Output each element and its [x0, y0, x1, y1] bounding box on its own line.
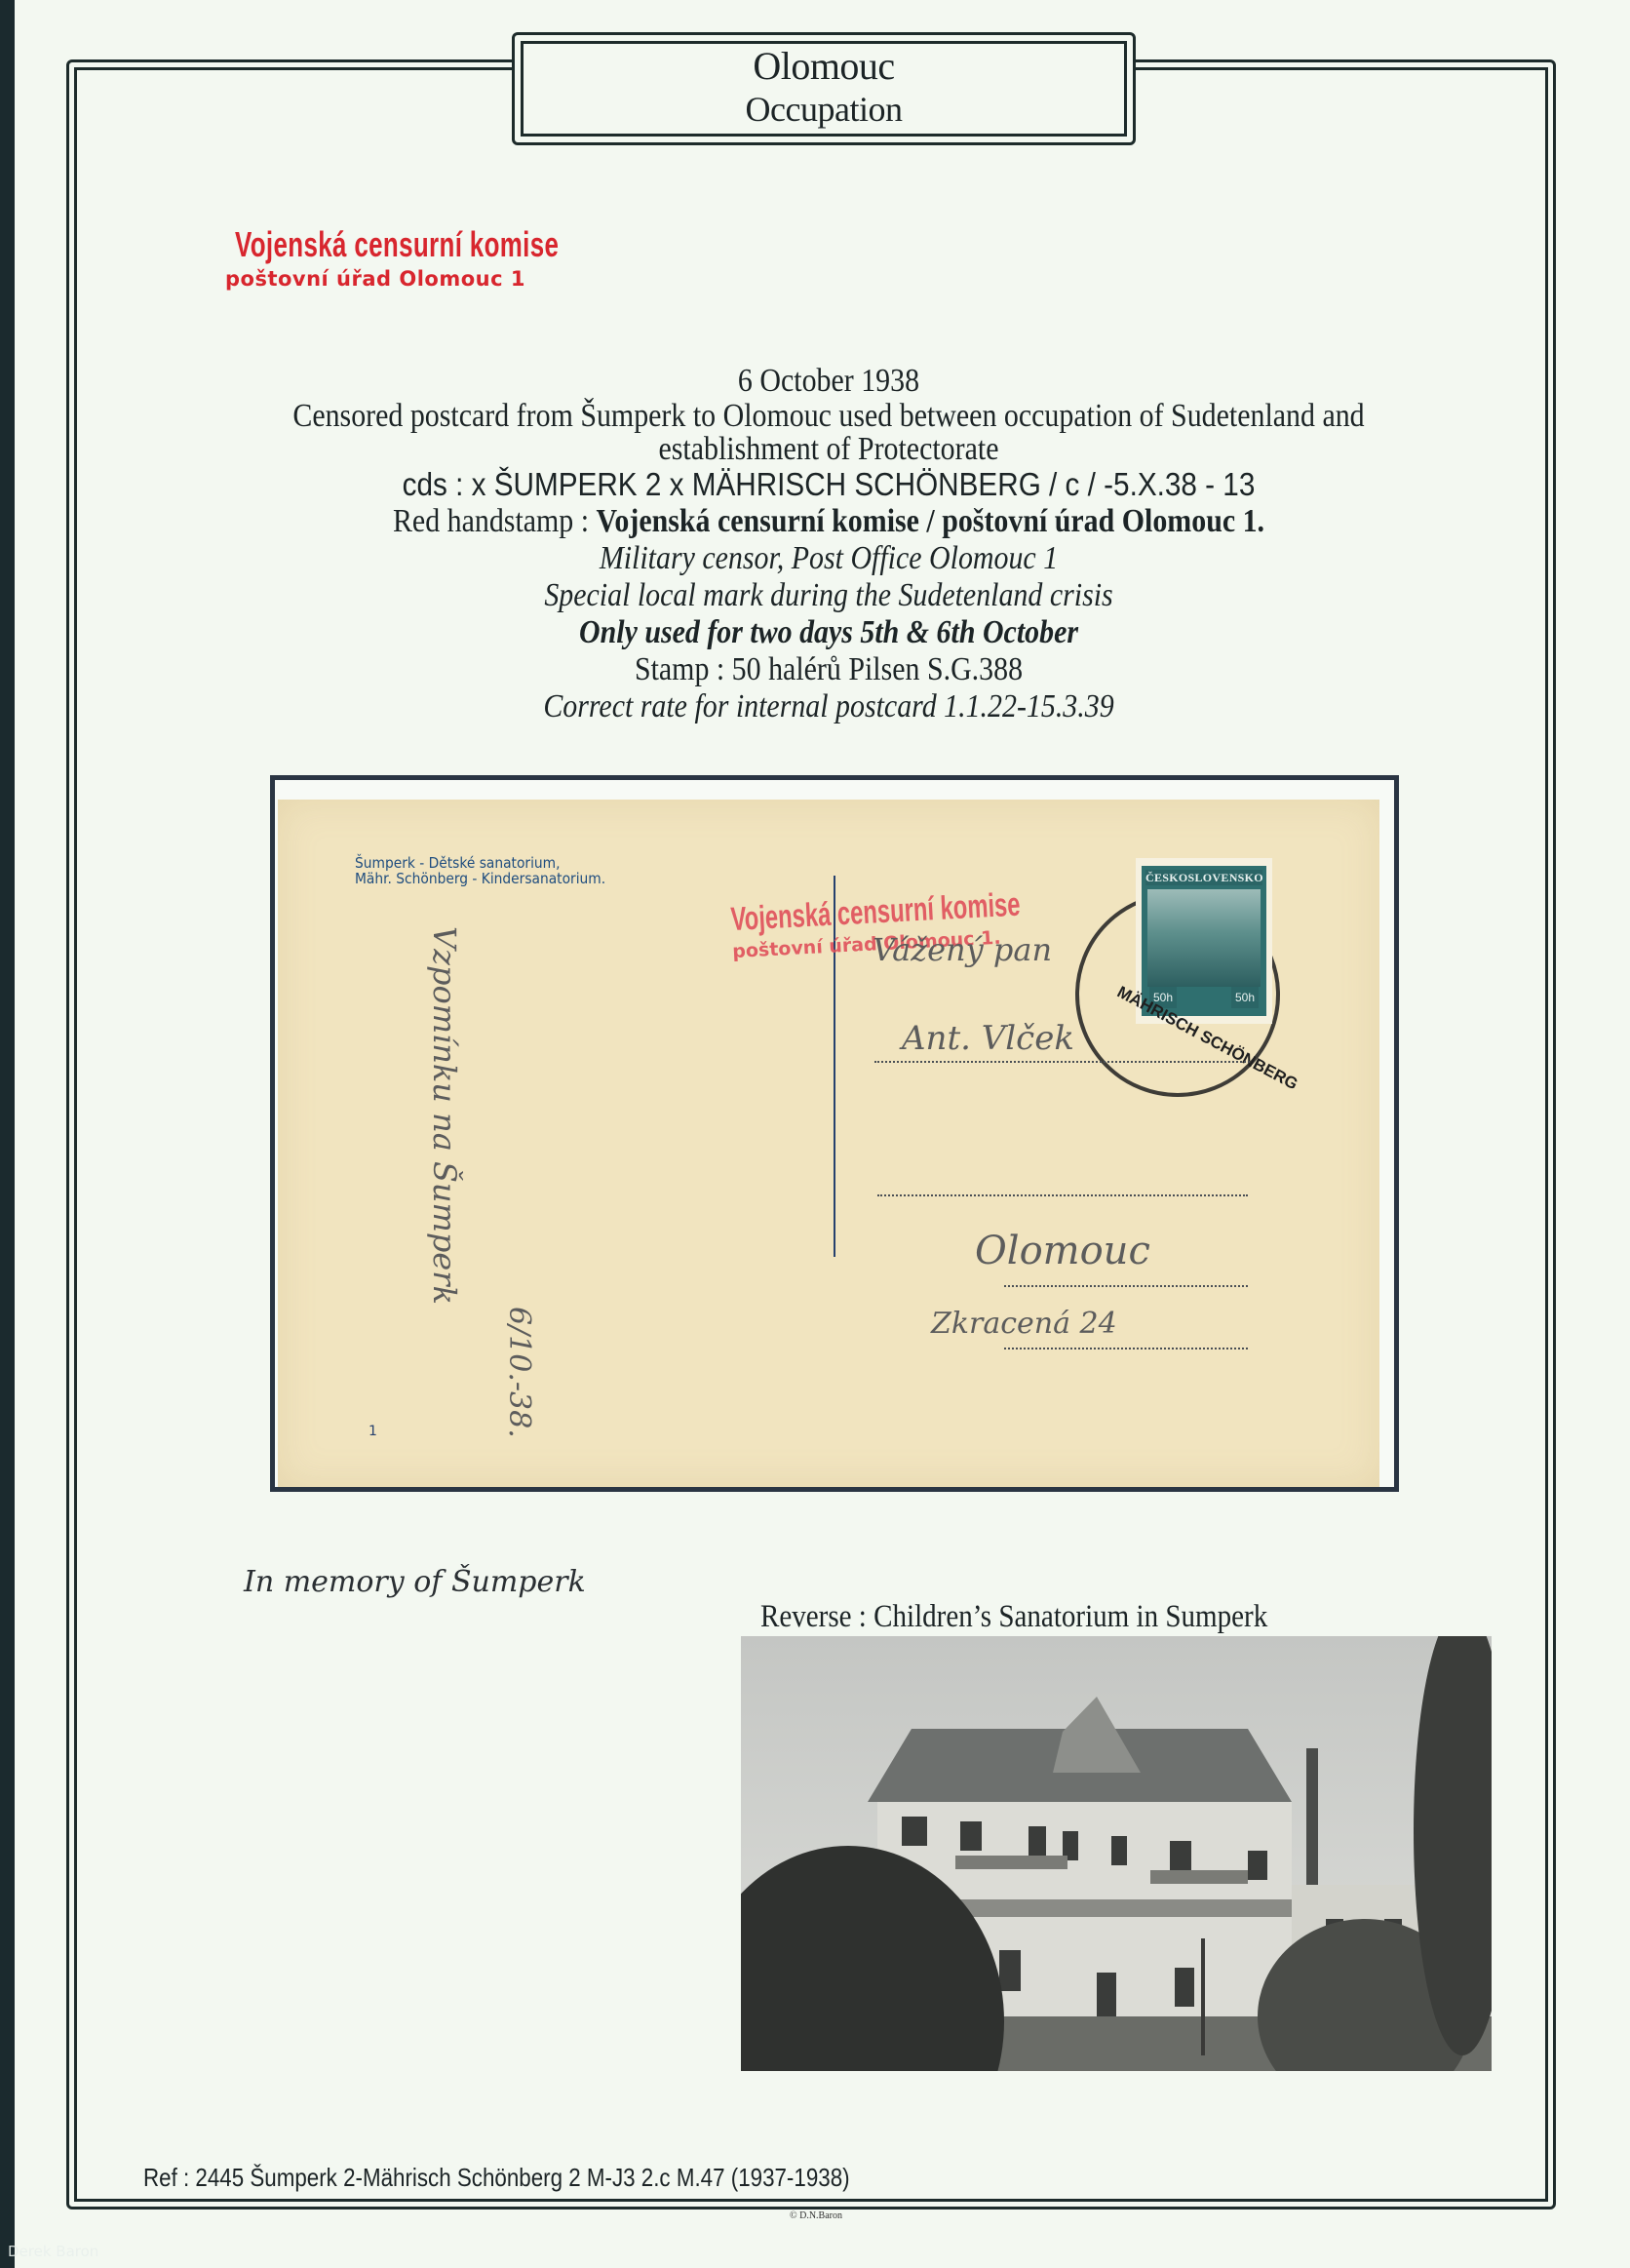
postage-stamp: ČESKOSLOVENSKO 50h 50h — [1136, 858, 1272, 1024]
handstamp-replica: Vojenská censurní komise poštovní úřad O… — [180, 224, 570, 291]
summary-line2: establishment of Protectorate — [185, 433, 1472, 466]
stamp-country: ČESKOSLOVENSKO — [1145, 870, 1262, 885]
address-name: Ant. Vlček — [902, 1019, 1074, 1058]
handwritten-message: Vzpomínku na Šumperk — [426, 926, 463, 1305]
stamp-value-right: 50h — [1231, 987, 1259, 1008]
postcard-printed-text: Šumperk - Dětské sanatorium, Mähr. Schön… — [355, 855, 605, 886]
summary-line1: Censored postcard from Šumperk to Olomou… — [185, 400, 1472, 433]
reverse-caption: Reverse : Children’s Sanatorium in Sumpe… — [760, 1599, 1413, 1635]
title-box: Olomouc Occupation — [512, 32, 1136, 145]
handstamp-line2: poštovní úřad Olomouc 1 — [180, 267, 570, 291]
card-number: 1 — [369, 1424, 377, 1439]
copyright: © D.N.Baron — [790, 2210, 842, 2221]
translation: Military censor, Post Office Olomouc 1 — [185, 540, 1472, 577]
address-line-2 — [877, 1194, 1248, 1196]
reference-line: Ref : 2445 Šumperk 2-Mährisch Schönberg … — [143, 2163, 850, 2193]
cover-date: 6 October 1938 — [185, 363, 1472, 400]
rate-note: Correct rate for internal postcard 1.1.2… — [185, 688, 1472, 725]
handwritten-date: 6/10.-38. — [502, 1307, 536, 1438]
description-block: 6 October 1938 Censored postcard from Šu… — [97, 363, 1560, 725]
address-line-1 — [874, 1061, 1250, 1063]
handstamp-description: Red handstamp : Vojenská censurní komise… — [185, 503, 1472, 540]
sanatorium-photo — [741, 1636, 1492, 2071]
stamp-description: Stamp : 50 halérů Pilsen S.G.388 — [185, 651, 1472, 688]
address-salutation: Vážený pan — [873, 931, 1052, 968]
sanatorium-building-image — [741, 1636, 1492, 2071]
address-line-4 — [1004, 1348, 1248, 1349]
handstamp-line1: Vojenská censurní komise — [235, 224, 516, 265]
address-street: Zkracená 24 — [931, 1307, 1117, 1341]
printed-line2: Mähr. Schönberg - Kindersanatorium. — [355, 871, 605, 886]
address-city: Olomouc — [975, 1229, 1150, 1273]
page-title: Olomouc — [515, 45, 1133, 88]
handstamp-value: Vojenská censurní komise / poštovní úrad… — [597, 503, 1264, 539]
cds-description: cds : x ŠUMPERK 2 x MÄHRISCH SCHÖNBERG /… — [171, 466, 1487, 503]
memory-caption: In memory of Šumperk — [244, 1565, 586, 1599]
address-line-3 — [1004, 1285, 1248, 1287]
handstamp-label: Red handstamp : — [393, 503, 597, 539]
printed-line1: Šumperk - Dětské sanatorium, — [355, 855, 605, 871]
special-note: Special local mark during the Sudetenlan… — [185, 577, 1472, 614]
watermark: Derek Baron — [8, 2243, 98, 2260]
usage-note: Only used for two days 5th & 6th October — [185, 614, 1472, 651]
stamp-factory-scene — [1147, 889, 1261, 987]
page-subtitle: Occupation — [515, 90, 1133, 129]
postcard: Šumperk - Dětské sanatorium, Mähr. Schön… — [278, 800, 1379, 1487]
scan-edge — [0, 0, 15, 2268]
